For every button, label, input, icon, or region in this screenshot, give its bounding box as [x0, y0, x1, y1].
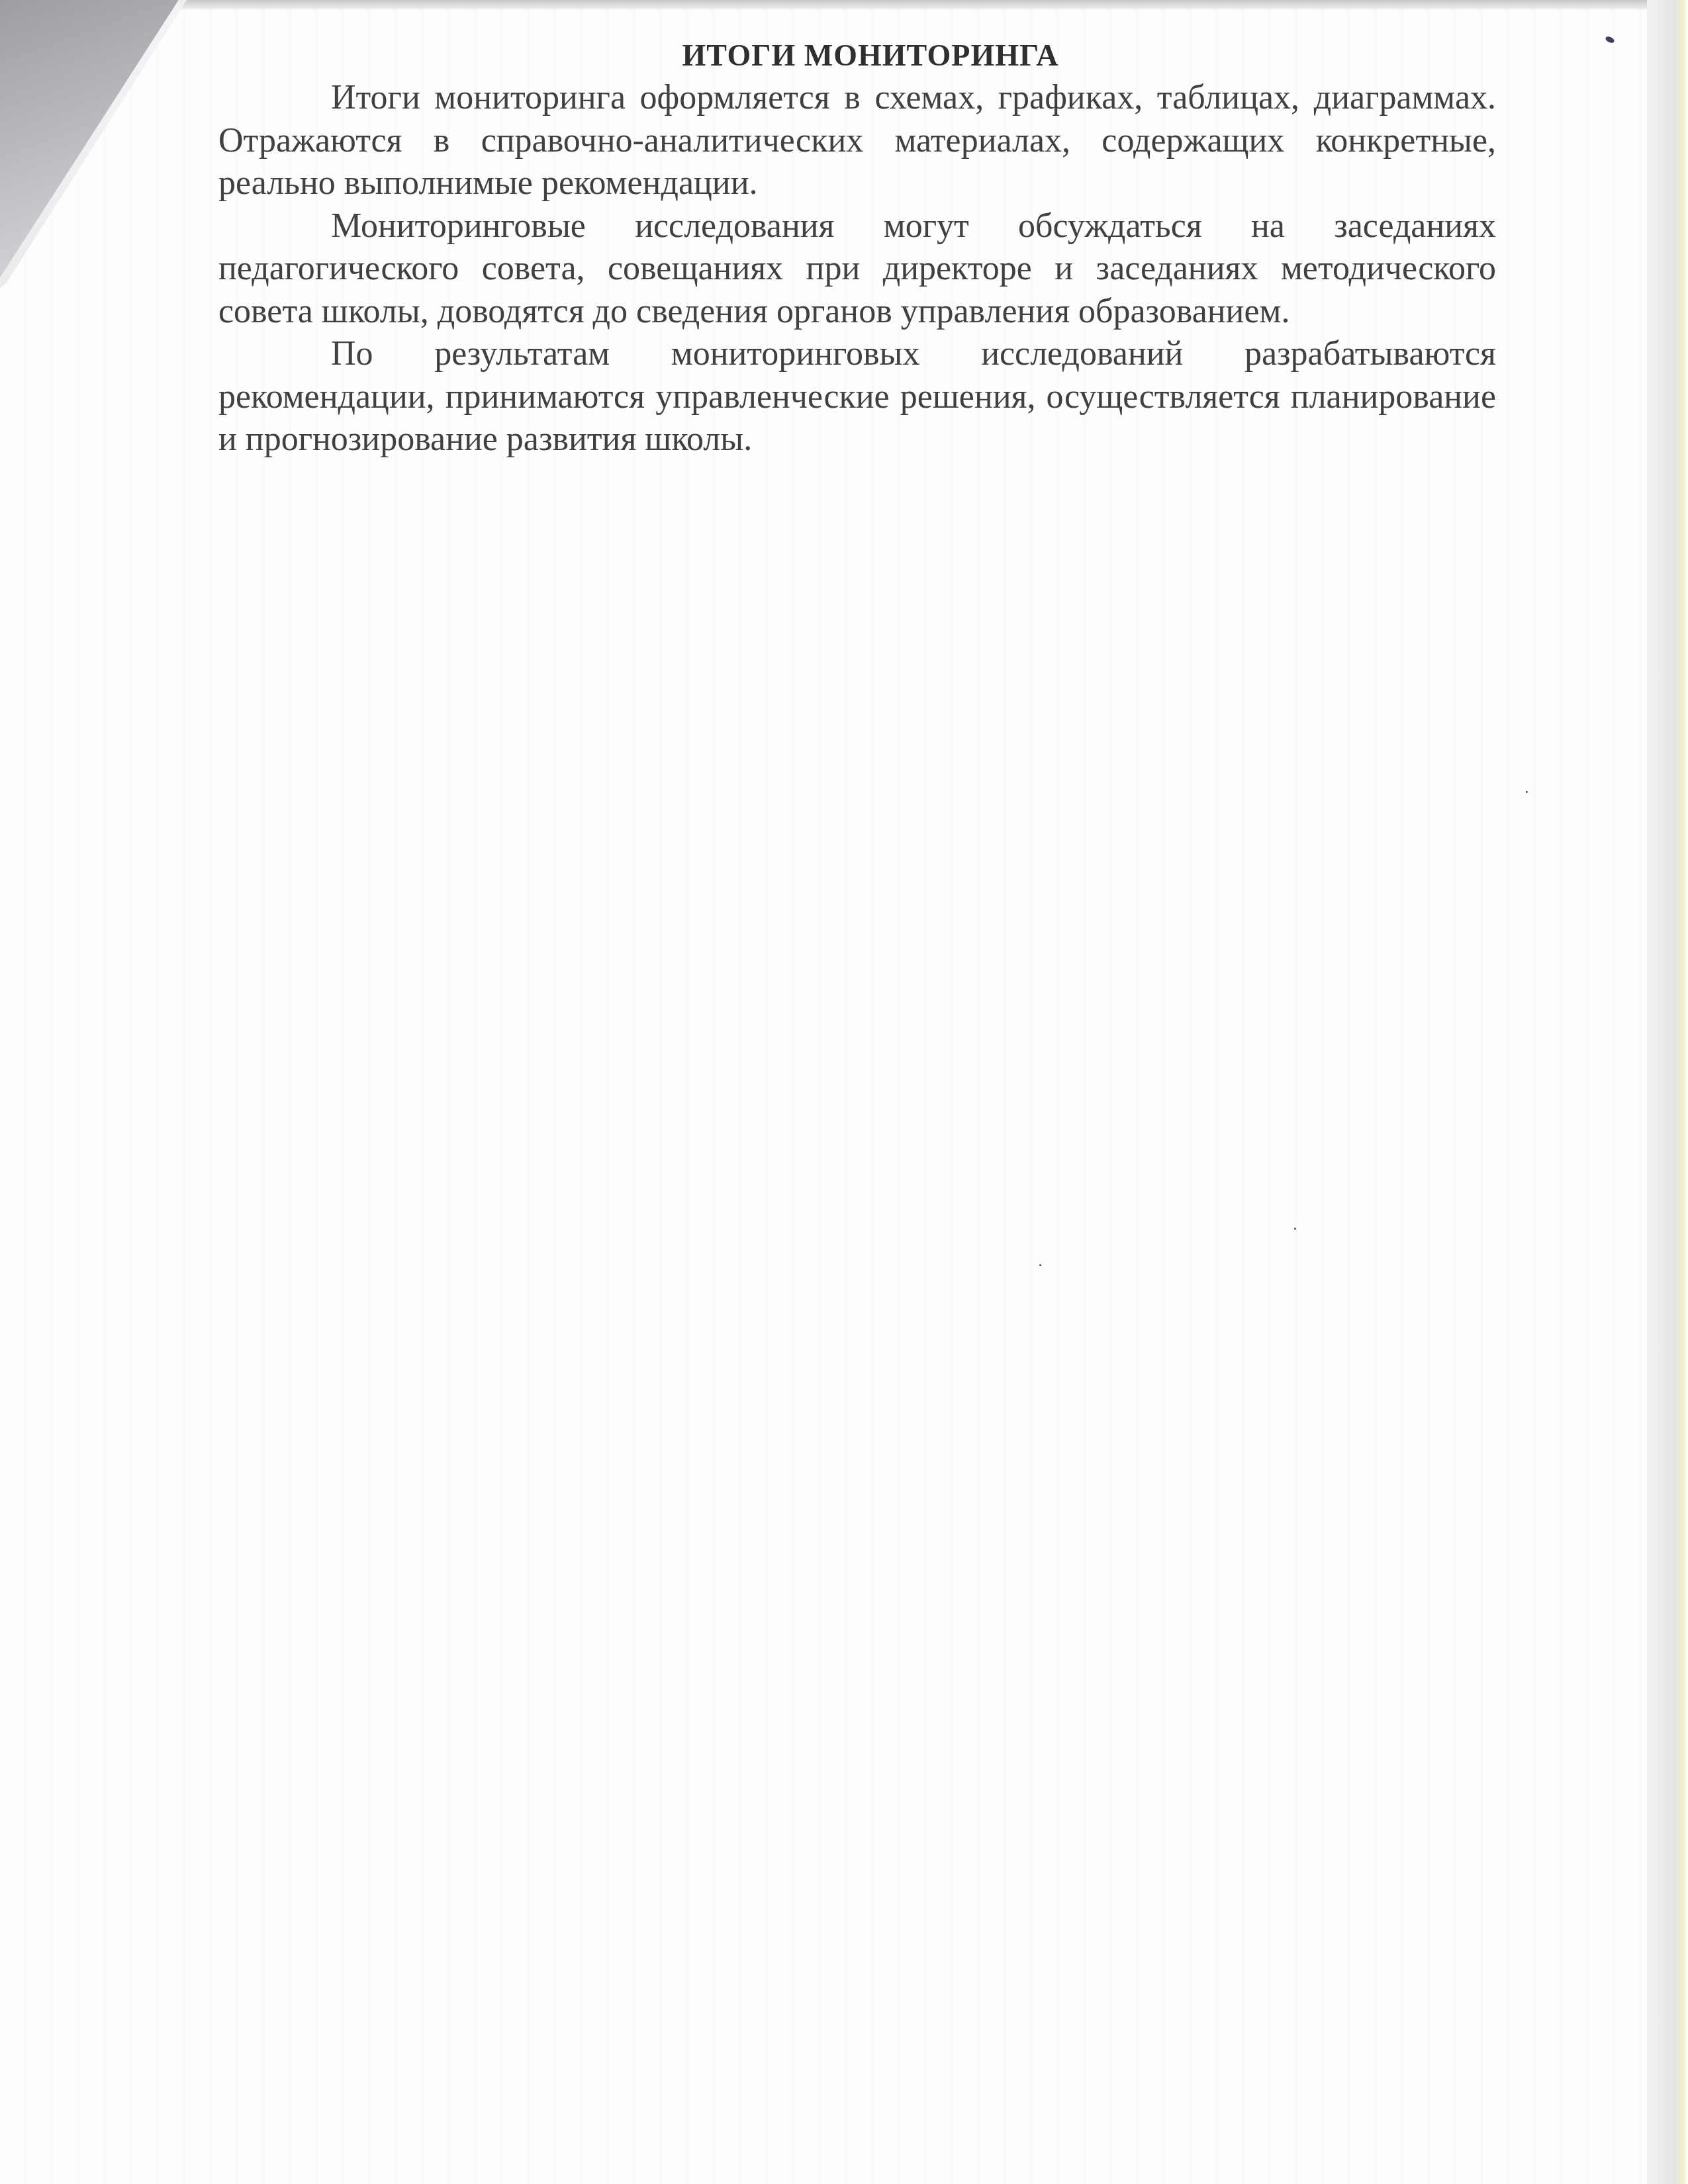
paragraph-recommendations: По результатам мониторинговых исследован…	[218, 333, 1496, 461]
scanned-page: ИТОГИ МОНИТОРИНГА Итоги мониторинга офор…	[0, 0, 1647, 2184]
document-title: ИТОГИ МОНИТОРИНГА	[218, 34, 1496, 77]
scan-speck	[1039, 1264, 1041, 1266]
scan-speck	[1526, 791, 1528, 793]
document-body: ИТОГИ МОНИТОРИНГА Итоги мониторинга офор…	[218, 34, 1496, 461]
scanner-edge	[1647, 0, 1688, 2184]
page-top-edge	[179, 0, 1647, 11]
scan-speck	[1605, 35, 1615, 44]
scan-speck	[1294, 1228, 1296, 1230]
paragraph-discussion: Мониторинговые исследования могут обсужд…	[218, 205, 1496, 334]
paragraph-results-format: Итоги мониторинга оформляется в схемах, …	[218, 77, 1496, 205]
